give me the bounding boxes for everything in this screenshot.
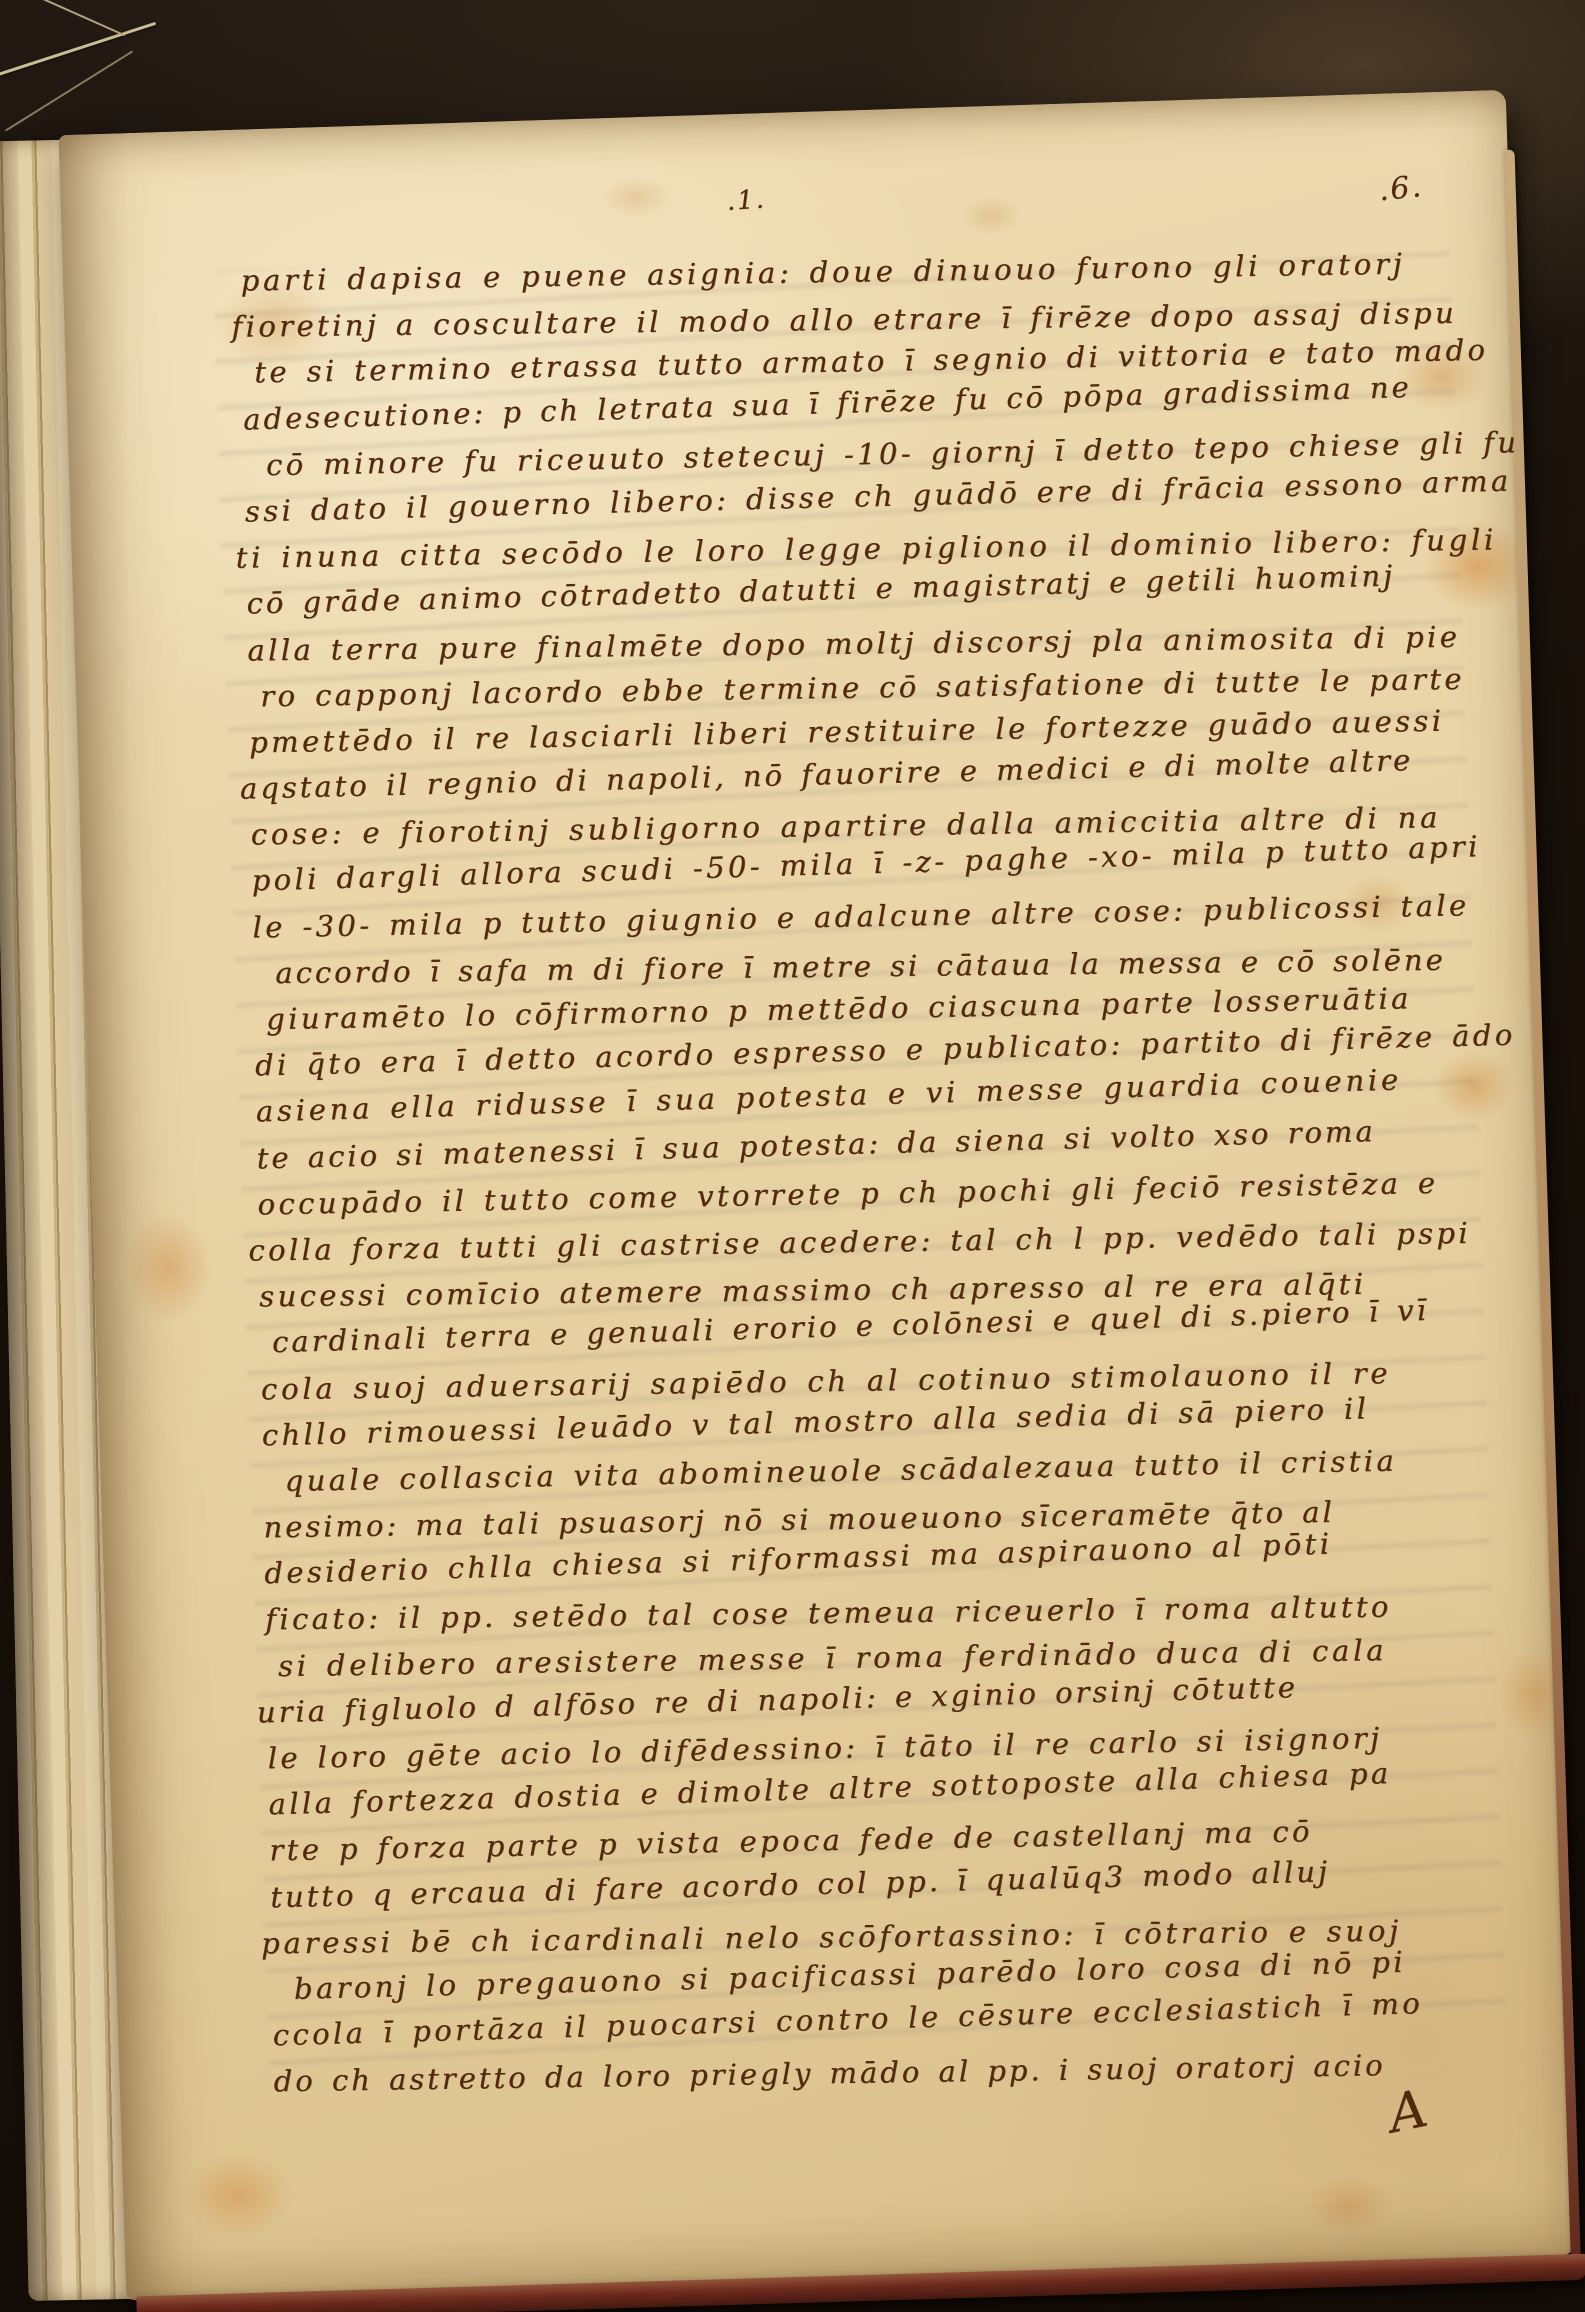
foxing-spot: [122, 1211, 215, 1324]
folio-number: .6.: [1377, 169, 1424, 208]
manuscript-page: .1. .6. parti dapisa e puene asignia: do…: [58, 90, 1573, 2300]
foxing-spot: [1303, 2174, 1395, 2237]
foxing-spot: [182, 2149, 295, 2242]
catchword: A: [1383, 2078, 1434, 2145]
manuscript-text-block: parti dapisa e puene asignia: doue dinuo…: [240, 235, 1534, 2105]
quire-mark: .1.: [726, 184, 767, 217]
foxing-spot: [961, 195, 1022, 237]
foxing-spot: [600, 176, 671, 218]
